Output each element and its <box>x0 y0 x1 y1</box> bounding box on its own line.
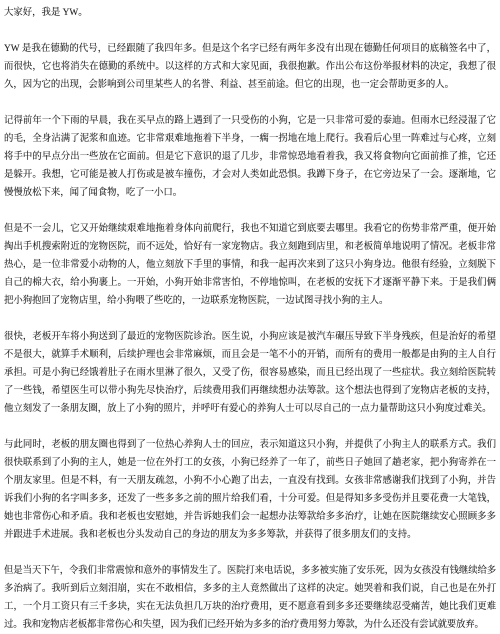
body-paragraph-4: 但是不一会儿，它又开始继续艰难地拖着身体向前爬行，我也不知道它到底要去哪里。我看… <box>4 220 496 310</box>
document-page: 大家好，我是 YW。YW 是我在德勤的代号，已经跟随了我四年多。但是这个名字已经… <box>0 0 500 634</box>
body-paragraph-2: YW 是我在德勤的代号，已经跟随了我四年多。但是这个名字已经有两年多没有出现在德… <box>4 40 496 94</box>
greeting-paragraph: 大家好，我是 YW。 <box>4 4 496 22</box>
body-paragraph-7: 但是当天下午，令我们非常震惊和意外的事情发生了。医院打来电话说，多多被实施了安乐… <box>4 562 496 634</box>
body-paragraph-3: 记得前年一个下雨的早晨，我在买早点的路上遇到了一只受伤的小狗，它是一只非常可爱的… <box>4 112 496 202</box>
body-paragraph-6: 与此同时，老板的朋友圈也得到了一位热心养狗人士的回应，表示知道这只小狗，并提供了… <box>4 436 496 544</box>
body-paragraph-5: 很快，老板开车将小狗送到了最近的宠物医院诊治。医生说，小狗应该是被汽车碾压导致下… <box>4 328 496 418</box>
